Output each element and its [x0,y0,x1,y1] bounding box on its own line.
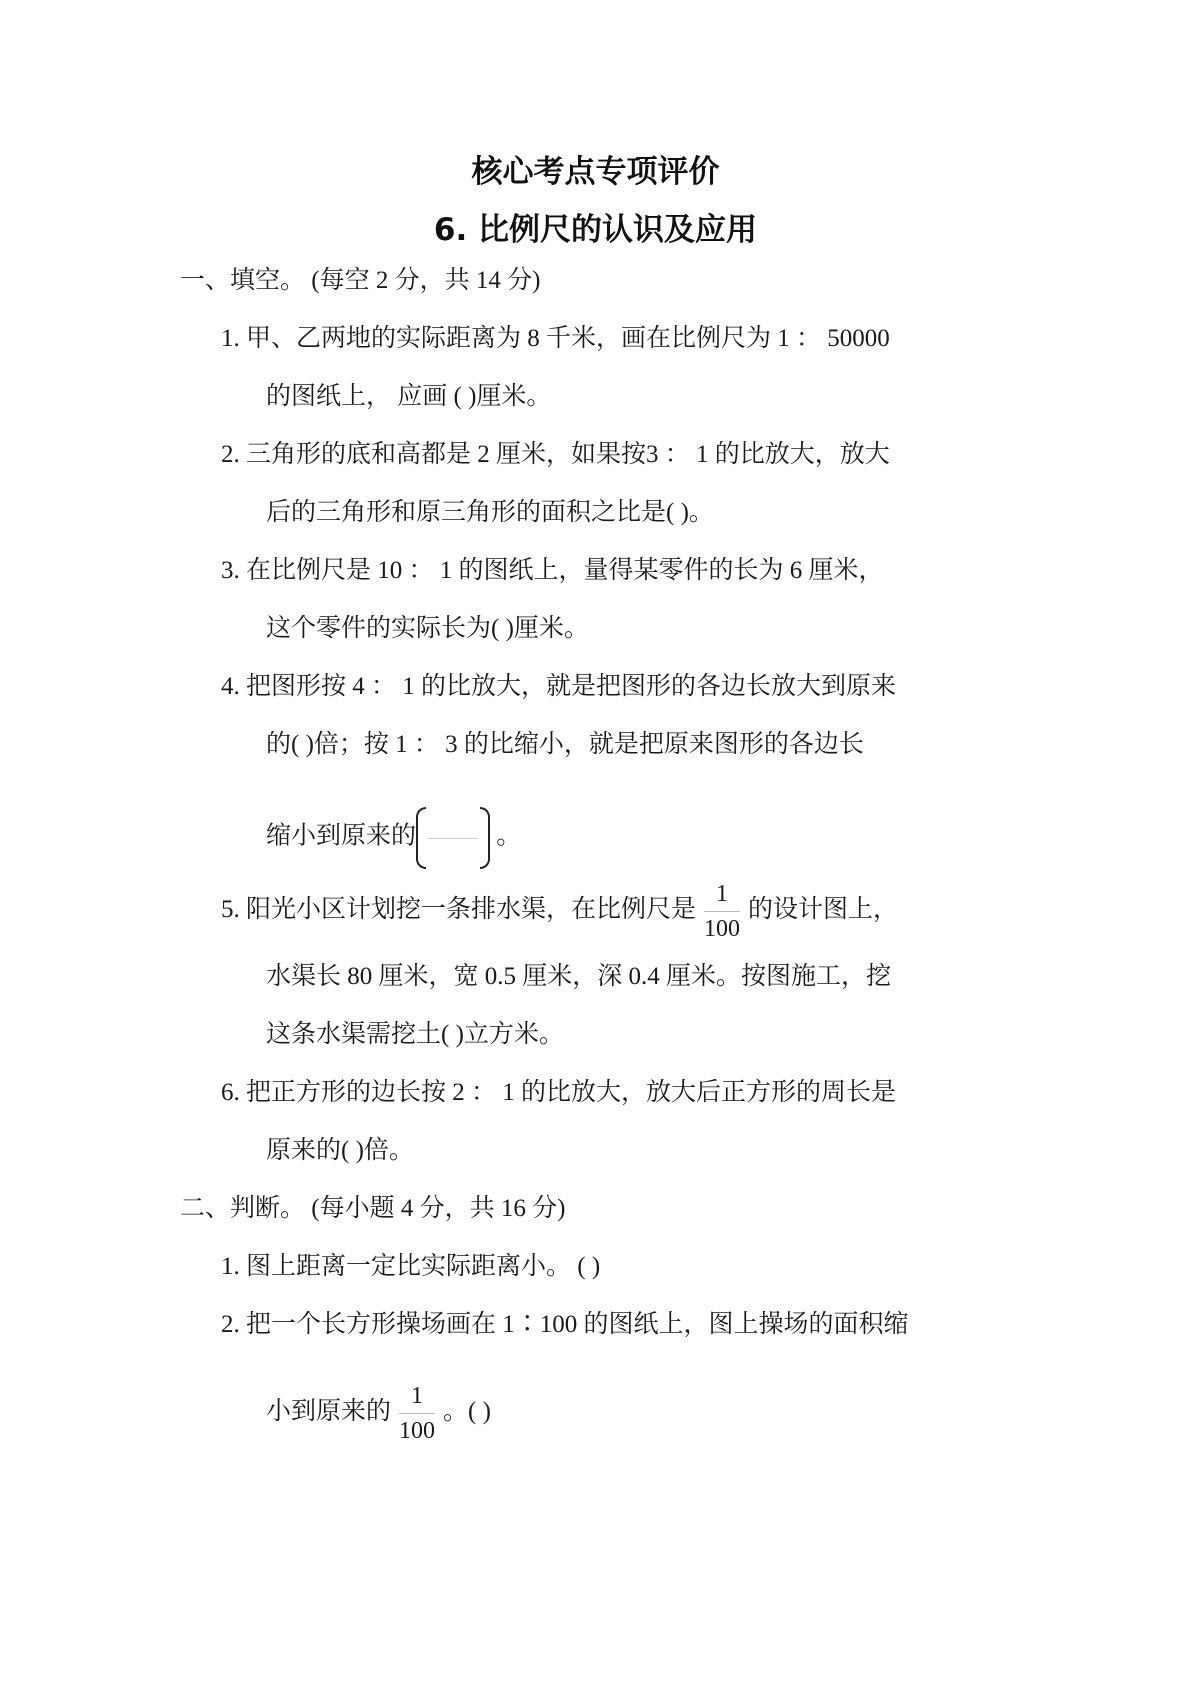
question-5-line-1: 5. 阳光小区计划挖一条排水渠，在比例尺是1100的设计图上， [221,880,898,943]
question-1-line-2: 的图纸上， 应画 ( )厘米。 [266,382,551,412]
question-4-line-2: 的( )倍；按 1 ： 3 的比缩小，就是把原来图形的各边长 [266,730,864,760]
question-5-line-2: 水渠长 80 厘米，宽 0.5 厘米，深 0.4 厘米。按图施工，挖 [266,962,891,992]
judgment-2-line-2: 小到原来的1100。( ) [266,1382,491,1445]
question-5-text-a: 5. 阳光小区计划挖一条排水渠，在比例尺是 [221,896,696,923]
question-6-line-1: 6. 把正方形的边长按 2 ： 1 的比放大，放大后正方形的周长是 [221,1078,896,1108]
question-5-line-3: 这条水渠需挖土( )立方米。 [266,1020,564,1050]
area-fraction: 1100 [399,1382,435,1445]
question-4-period: 。 [490,823,521,850]
fraction-numerator: 1 [411,1382,423,1410]
section-heading-fill-blank: 一、填空。 (每空 2 分，共 14 分) [180,266,540,296]
question-5-text-b: 的设计图上， [748,896,898,923]
question-1-line-1: 1. 甲、乙两地的实际距离为 8 千米，画在比例尺为 1 ： 50000 [221,324,890,354]
judgment-2-line-1: 2. 把一个长方形操场画在 1∶100 的图纸上，图上操场的面积缩 [221,1310,909,1340]
page-subtitle: 6. 比例尺的认识及应用 [0,204,1191,249]
question-3-line-2: 这个零件的实际长为( )厘米。 [266,614,589,644]
fraction-denominator: 100 [399,1417,435,1445]
question-2-line-2: 后的三角形和原三角形的面积之比是( )。 [266,498,714,528]
judgment-2-text-b: 。( ) [443,1398,491,1425]
judgment-2-text-a: 小到原来的 [266,1398,391,1425]
question-4-line-1: 4. 把图形按 4 ： 1 的比放大，就是把图形的各边长放大到原来 [221,672,896,702]
scale-fraction: 1100 [704,880,740,943]
section-heading-judgment: 二、判断。 (每小题 4 分，共 16 分) [180,1194,565,1224]
judgment-1-line-1: 1. 图上距离一定比实际距离小。 ( ) [221,1252,600,1282]
question-3-line-1: 3. 在比例尺是 10 ： 1 的图纸上，量得某零件的长为 6 厘米， [221,556,884,586]
fraction-answer-blank[interactable] [416,805,490,871]
question-4-line-3: 缩小到原来的 。 [266,805,521,871]
question-2-line-1: 2. 三角形的底和高都是 2 厘米，如果按3 ： 1 的比放大，放大 [221,440,890,470]
fraction-numerator: 1 [716,880,728,908]
fraction-denominator: 100 [704,915,740,943]
question-6-line-2: 原来的( )倍。 [266,1136,414,1166]
page-title: 核心考点专项评价 [0,146,1191,191]
question-4-line-3-text: 缩小到原来的 [266,823,416,850]
